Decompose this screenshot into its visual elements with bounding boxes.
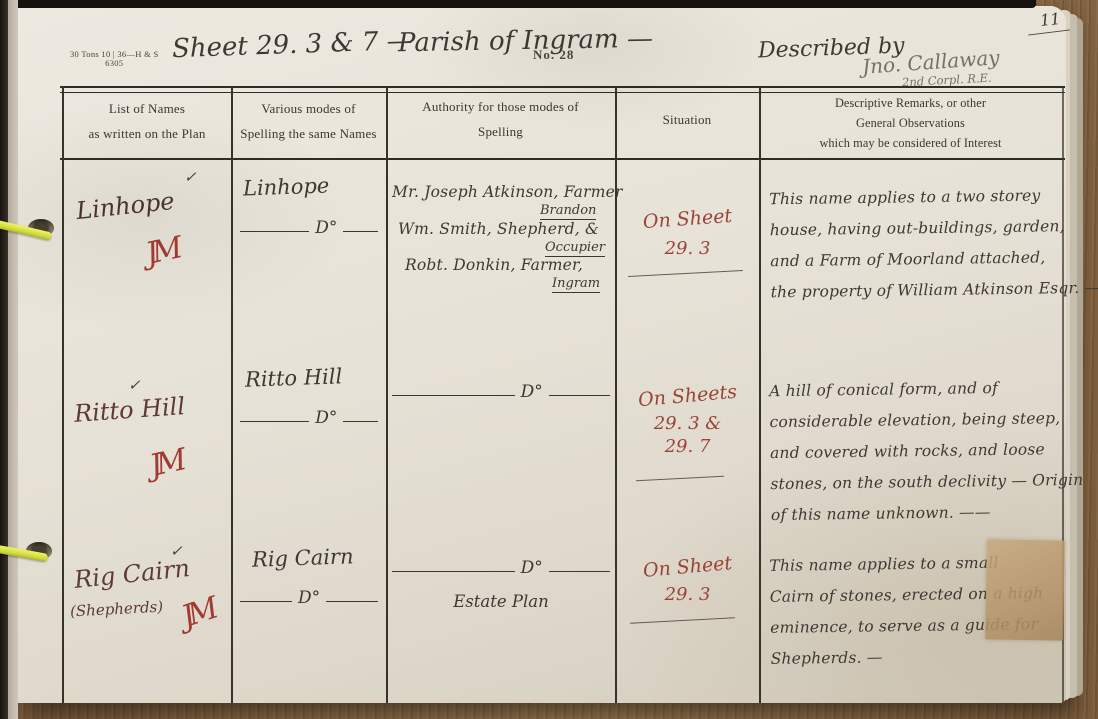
situation-line: 29. 3	[620, 584, 755, 605]
remarks-line: house, having out-buildings, garden,	[770, 211, 1098, 247]
ditto-mark: D°	[298, 588, 320, 608]
tape-patch	[985, 539, 1065, 640]
ditto-mark: D°	[315, 408, 337, 428]
column-header-spelling: Various modes of Spelling the same Names	[231, 96, 386, 146]
column-header-remarks-line2: General Observations	[759, 113, 1062, 133]
ditto-rule	[240, 421, 309, 422]
remarks-line: considerable elevation, being steep,	[769, 403, 1082, 438]
spelling-name: Linhope	[243, 174, 330, 201]
column-header-names-line1: List of Names	[63, 96, 231, 121]
situation-entry: On Sheets 29. 3 & 29. 7	[620, 385, 755, 457]
table-col-divider-4	[759, 86, 761, 703]
folio-number: 11	[1039, 9, 1061, 30]
column-header-remarks: Descriptive Remarks, or other General Ob…	[759, 93, 1062, 153]
remarks-line: the property of William Atkinson Esqr. —	[770, 273, 1098, 309]
situation-line: On Sheet	[619, 550, 755, 584]
table-left-border	[62, 86, 64, 703]
column-header-authority: Authority for those modes of Spelling	[386, 94, 615, 144]
examiner-monogram: JM	[147, 443, 184, 484]
ditto-rule	[343, 421, 378, 422]
page-stack-edge	[1077, 18, 1083, 696]
table-col-divider-3	[615, 86, 617, 703]
column-header-remarks-line3: which may be considered of Interest	[759, 133, 1062, 153]
spelling-ditto: D°	[240, 588, 378, 608]
bound-pages-edge	[8, 0, 18, 719]
ditto-mark: D°	[315, 218, 337, 238]
ditto-rule	[392, 571, 515, 572]
ditto-rule	[392, 395, 515, 396]
parish-title: Parish of Ingram —	[398, 24, 653, 58]
book-spine-edge	[0, 0, 8, 719]
authority-place: Brandon	[540, 203, 596, 220]
authority-ditto: D°	[392, 558, 610, 578]
authority-ditto: D°	[392, 382, 610, 402]
situation-entry: On Sheet 29. 3	[620, 556, 755, 605]
ditto-mark: D°	[521, 558, 543, 578]
column-header-remarks-line1: Descriptive Remarks, or other	[759, 93, 1062, 113]
form-stamp: 30 Tons 10 | 36—H & S 6305	[70, 50, 158, 68]
table-col-divider-2	[386, 86, 388, 703]
column-header-authority-line2: Spelling	[386, 119, 615, 144]
ditto-rule	[240, 231, 309, 232]
authority-extra: Estate Plan	[392, 592, 610, 611]
ditto-rule	[326, 601, 378, 602]
column-header-spelling-line1: Various modes of	[231, 96, 386, 121]
situation-line: 29. 3 &	[620, 413, 755, 434]
ditto-rule	[343, 231, 378, 232]
name-book-photograph: 11 30 Tons 10 | 36—H & S 6305 No. 28 She…	[0, 0, 1098, 719]
spelling-ditto: D°	[240, 408, 378, 428]
situation-line: On Sheets	[619, 379, 755, 413]
situation-entry: On Sheet 29. 3	[620, 208, 755, 259]
situation-line: On Sheet	[619, 203, 755, 234]
check-mark: ✓	[128, 376, 141, 394]
remarks-line: and a Farm of Moorland attached,	[770, 242, 1098, 278]
situation-line: 29. 3	[620, 238, 755, 259]
check-mark: ✓	[184, 168, 197, 186]
ditto-rule	[549, 571, 610, 572]
remarks-line: stones, on the south declivity — Origin	[770, 465, 1083, 500]
ditto-rule	[549, 395, 610, 396]
table-col-divider-1	[231, 86, 233, 703]
table-header-bottom-rule	[60, 158, 1065, 160]
situation-line: 29. 7	[620, 436, 755, 457]
column-header-spelling-line2: Spelling the same Names	[231, 121, 386, 146]
column-header-names: List of Names as written on the Plan	[63, 96, 231, 146]
remarks-entry: This name applies to a two storey house,…	[769, 180, 1098, 309]
authority-name: Mr. Joseph Atkinson, Farmer	[392, 183, 623, 201]
authority-name: Robt. Donkin, Farmer,	[405, 256, 583, 274]
ditto-rule	[240, 601, 292, 602]
form-stamp-line2: 6305	[70, 59, 158, 68]
authority-place: Occupier	[545, 240, 605, 257]
table-top-rule	[60, 86, 1065, 88]
examiner-monogram: JM	[143, 231, 180, 272]
authority-name: Wm. Smith, Shepherd, &	[398, 220, 599, 238]
remarks-line: This name applies to a two storey	[769, 180, 1098, 216]
column-header-situation: Situation	[615, 107, 759, 132]
remarks-entry: A hill of conical form, and of considera…	[769, 372, 1084, 531]
remarks-line: and covered with rocks, and loose	[770, 434, 1083, 469]
remarks-line: of this name unknown. ——	[771, 496, 1084, 531]
spelling-name: Rig Cairn	[252, 544, 354, 572]
book-top-edge-shadow	[16, 0, 1036, 8]
remarks-line: A hill of conical form, and of	[769, 372, 1082, 407]
ditto-mark: D°	[521, 382, 543, 402]
remarks-line: Shepherds. —	[770, 640, 1044, 675]
authority-place: Ingram	[552, 276, 600, 293]
spelling-ditto: D°	[240, 218, 378, 238]
spelling-name: Ritto Hill	[245, 364, 343, 391]
column-header-authority-line1: Authority for those modes of	[386, 94, 615, 119]
column-header-situation-line1: Situation	[615, 107, 759, 132]
column-header-names-line2: as written on the Plan	[63, 121, 231, 146]
